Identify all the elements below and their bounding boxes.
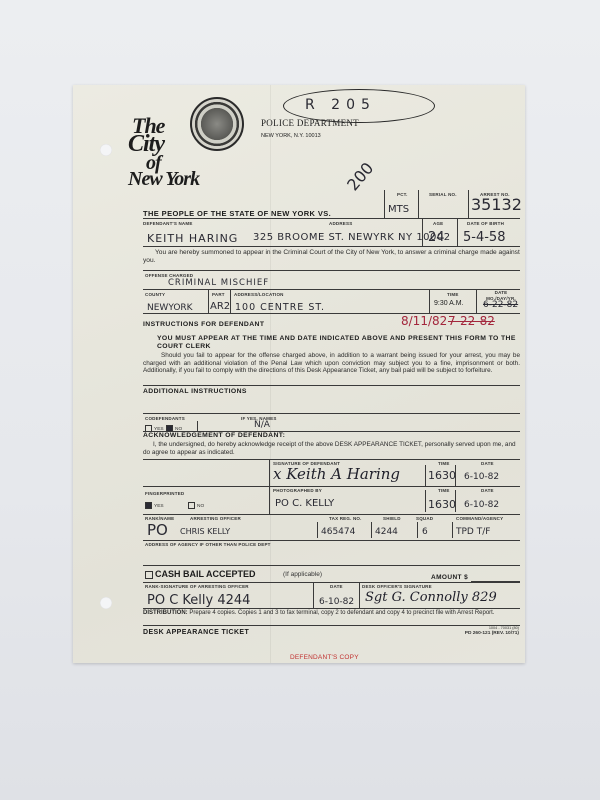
option-label: YES [154,504,164,509]
date-value-struck: 6-22-82 [483,300,518,310]
rank-value: PO [147,521,168,539]
photographed-label: PHOTOGRAPHED BY [273,488,322,493]
photo-time-value: 1630 [428,498,456,511]
time-label: TIME [447,292,459,297]
form-code-1: 1004 - 70031 (80) [474,626,519,630]
date-value-struck2: 7-22-82 [448,314,495,328]
divider [317,522,318,538]
defendant-signature: x Keith A Haring [273,465,400,483]
ticket-title: DESK APPEARANCE TICKET [143,629,249,636]
arresting-officer-value: CHRIS KELLY [180,527,230,536]
location-label: ADDRESS/LOCATION [234,292,284,297]
ack-date-value: 6-10-82 [464,472,499,482]
defendant-name-label: DEFENDANT'S NAME [143,221,193,226]
bail-note: (If applicable) [283,571,322,578]
divider [455,465,456,487]
divider [197,421,198,431]
checkbox-checked[interactable] [145,502,152,509]
punch-hole [100,144,112,156]
rule [143,514,520,515]
form-code-2: PD 260-121 (REV. 10/71) [454,631,519,636]
rule [143,246,520,247]
offense-value: CRIMINAL MISCHIEF [168,278,269,288]
defendant-name-value: KEITH HARING [147,232,238,245]
instructions-title: INSTRUCTIONS FOR DEFENDANT [143,321,264,328]
rule [143,270,520,271]
bail-date-label: DATE [330,584,343,589]
rule [143,540,520,541]
acknowledgement-text: I, the undersigned, do hereby acknowledg… [143,441,520,456]
fingerprinted-label: FINGERPRINTED [145,491,184,496]
must-appear-text: YOU MUST APPEAR AT THE TIME AND DATE IND… [157,335,519,352]
rule [143,486,520,487]
distribution-text: DISTRIBUTION: Prepare 4 copies. Copies 1… [143,610,520,617]
desk-officer-label: DESK OFFICER'S SIGNATURE [362,584,432,589]
part-label: PART [212,292,225,297]
warning-text: Should you fail to appear for the offens… [143,352,520,375]
cash-bail-title: CASH BAIL ACCEPTED [155,569,256,579]
divider [417,522,418,538]
rule [143,608,520,609]
desk-officer-signature: Sgt G. Connolly 829 [365,590,497,605]
distribution-body: Prepare 4 copies. Copies 1 and 3 to fax … [189,610,494,616]
margin-note: 200 [343,159,377,195]
dob-label: DATE OF BIRTH [467,221,504,226]
summons-text: You are hereby summoned to appear in the… [143,249,520,265]
tax-reg-label: TAX REG. NO. [329,516,362,521]
part-value: AR2 [210,301,230,312]
rule [143,582,520,583]
rule [143,218,520,219]
divider [418,190,419,218]
photo-date-label: DATE [481,488,494,493]
age-value: 24 [428,230,445,245]
photographed-value: PO C. KELLY [275,498,334,509]
county-value: NEWYORK [147,303,193,313]
pct-value: MTS [388,204,409,215]
logo-line: New York [128,171,199,187]
divider [384,190,385,218]
divider [457,219,458,246]
city-seal-icon [190,97,244,151]
divider [425,490,426,512]
fingerprinted-yes-option[interactable]: YES [145,502,164,509]
defendants-copy-label: DEFENDANT'S COPY [290,654,359,661]
squad-label: SQUAD [416,516,433,521]
option-label: NO [197,504,204,509]
additional-instructions-title: ADDITIONAL INSTRUCTIONS [143,388,247,395]
address-label: ADDRESS [329,221,352,226]
command-value: TPD T/F [456,527,490,537]
rule [143,413,520,414]
serial-label: SERIAL NO. [429,192,457,197]
divider [425,465,426,487]
address-value: 325 BROOME ST. NEWYRK NY 10002 [253,232,451,243]
codefendants-label: CODEFENDANTS [145,416,185,421]
divider [452,522,453,538]
location-value: 100 CENTRE ST. [235,302,325,313]
ack-time-label: TIME [438,461,450,466]
fingerprinted-no-option[interactable]: NO [188,502,204,509]
bail-date-value: 6-10-82 [319,597,354,607]
divider [313,582,314,608]
command-label: COMMAND/AGENCY [456,516,503,521]
distribution-label: DISTRIBUTION: [143,610,188,616]
checkbox[interactable] [188,502,195,509]
divider [468,190,469,218]
divider [208,289,209,313]
rescheduled-date: 8/11/82 [401,314,447,328]
rank-signature-label: RANK-SIGNATURE OF ARRESTING OFFICER [145,584,249,589]
oval-note: R 205 [305,97,376,113]
photo-time-label: TIME [438,488,450,493]
department-address: NEW YORK, N.Y. 10013 [261,133,321,139]
acknowledgement-title: ACKNOWLEDGEMENT OF DEFENDANT: [143,432,285,439]
rule [143,289,520,290]
tax-reg-value: 465474 [321,527,355,537]
logo-line: City [128,135,199,155]
squad-value: 6 [422,527,428,537]
city-logo: The City of New York [132,117,199,187]
cash-bail-option[interactable]: CASH BAIL ACCEPTED [145,569,256,579]
divider [455,490,456,512]
photo-date-value: 6-10-82 [464,500,499,510]
ack-time-value: 1630 [428,469,456,482]
rule [143,385,520,386]
arrest-value: 35132 [471,195,522,214]
punch-hole [100,597,112,609]
ack-date-label: DATE [481,461,494,466]
divider [371,522,372,538]
shield-value: 4244 [375,527,398,537]
rank-signature-value: PO C Kelly 4244 [147,593,250,608]
codefendant-names-value: N/A [254,420,270,430]
rule [143,565,520,566]
checkbox[interactable] [145,571,153,579]
divider [429,289,430,313]
desk-appearance-ticket: The City of New York POLICE DEPARTMENT N… [73,85,525,663]
agency-address-label: ADDRESS OF AGENCY IF OTHER THAN POLICE D… [145,542,271,547]
pct-label: PCT. [397,192,408,197]
age-label: AGE [433,221,443,226]
dob-value: 5-4-58 [463,230,505,245]
rule [143,625,520,626]
shield-label: SHIELD [383,516,401,521]
case-title: THE PEOPLE OF THE STATE OF NEW YORK VS. [143,209,331,218]
county-label: COUNTY [145,292,165,297]
divider [359,582,360,608]
arresting-officer-label: ARRESTING OFFICER [190,516,241,521]
time-value: 9:30 A.M. [434,300,464,307]
rule [143,459,520,460]
amount-label: AMOUNT $ [431,574,468,581]
divider [476,289,477,313]
